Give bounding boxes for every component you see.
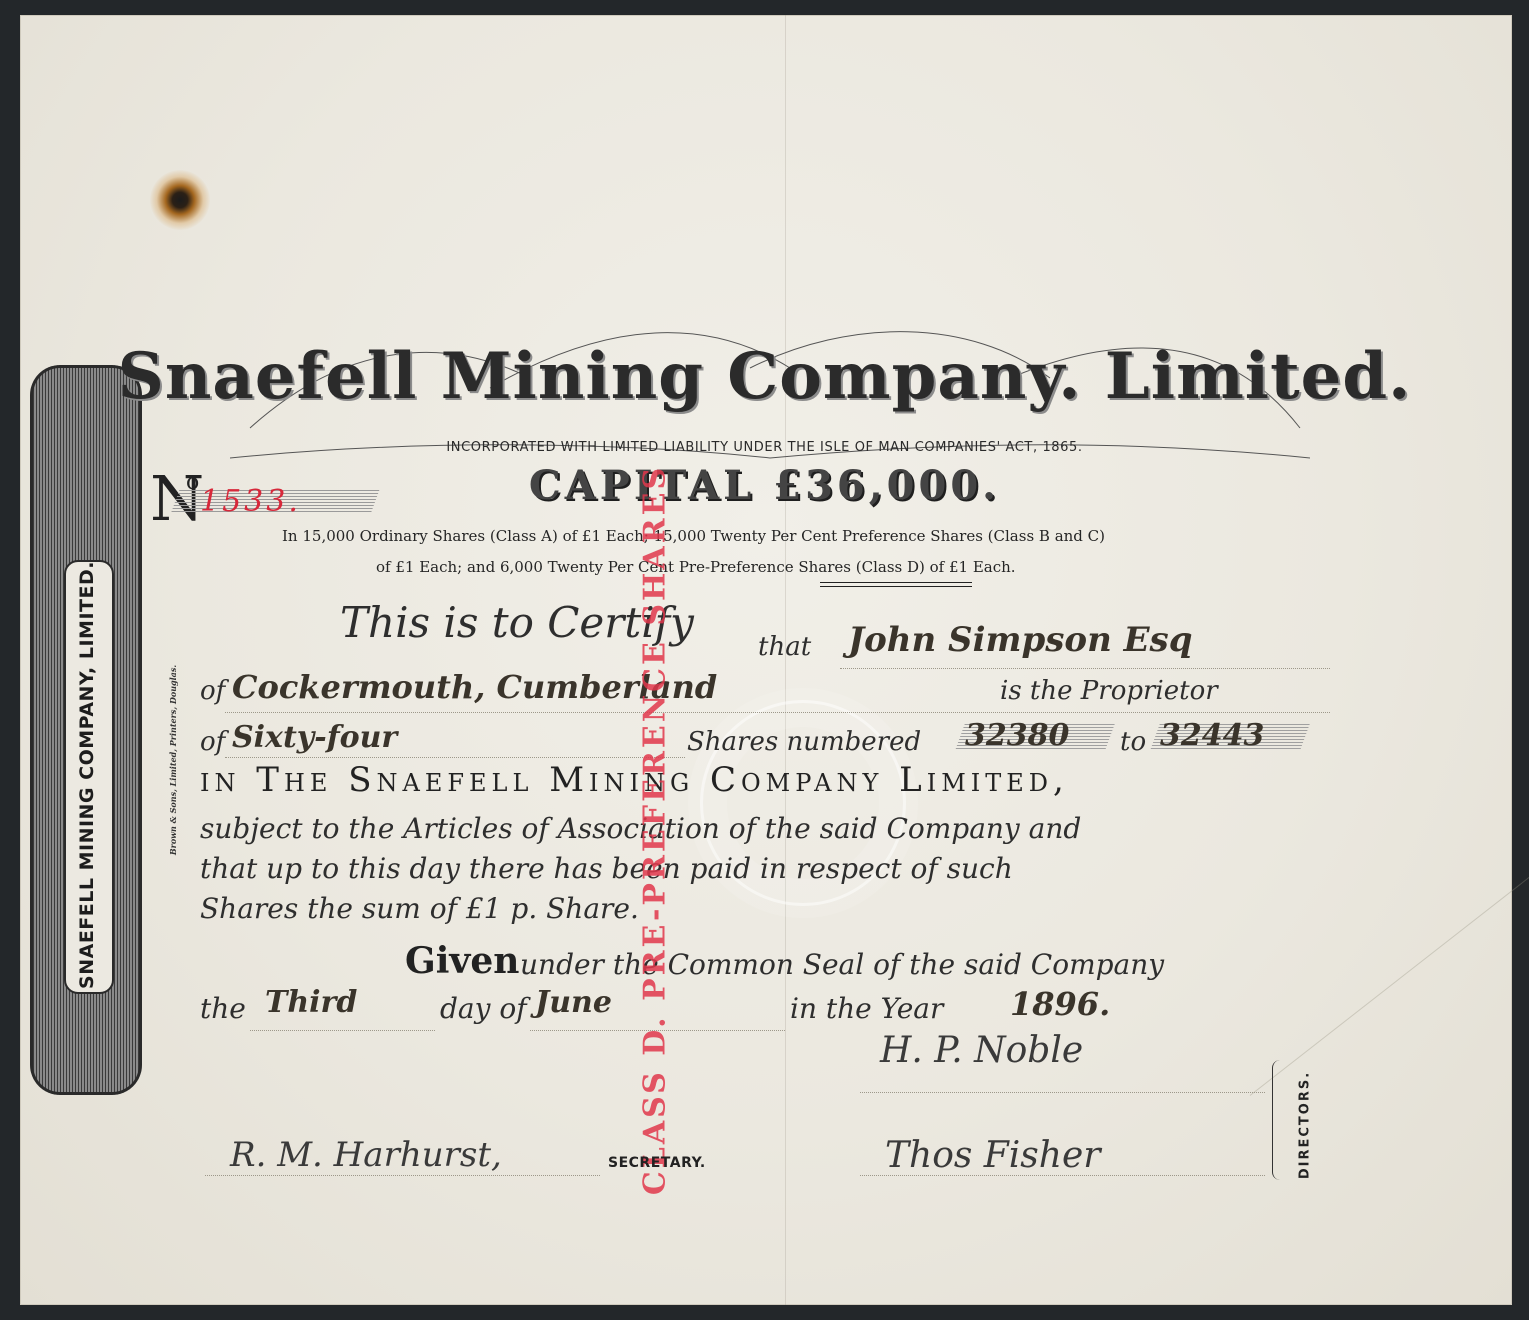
sum-text: Shares the sum of £1 p. Share. (200, 892, 639, 925)
of-text-1: of (200, 676, 225, 706)
of-text-2: of (200, 727, 225, 757)
paid-text: that up to this day there has been paid … (200, 852, 1013, 885)
incorporation-text: INCORPORATED WITH LIMITED LIABILITY UNDE… (0, 440, 1529, 455)
printer-imprint: Brown & Sons, Limited, Printers, Douglas… (168, 665, 178, 855)
holder-line (840, 668, 1330, 669)
director-line-2 (860, 1175, 1265, 1176)
director-line-1 (860, 1092, 1265, 1093)
quantity-line (225, 757, 685, 758)
director-signature-2: Thos Fisher (885, 1135, 1100, 1176)
company-name-line: in The Snaefell Mining Company Limited, (200, 760, 1330, 800)
to-text: to (1120, 727, 1146, 757)
company-title: Snaefell Mining Company. Limited. (0, 345, 1529, 409)
certificate-number: 1533. (200, 484, 301, 519)
double-underline (820, 582, 972, 587)
class-d-stamp: CLASS D. PRE-PREFERENCE SHARES (638, 465, 673, 1195)
day-line (250, 1030, 435, 1031)
shares-numbered-text: Shares numbered (687, 727, 921, 757)
issue-year: 1896. (1010, 985, 1110, 1023)
that-text: that (758, 632, 811, 662)
issue-month: June (535, 985, 612, 1020)
given-text: Given (405, 940, 519, 982)
counterfoil-company-name: SNAEFELL MINING COMPANY, LIMITED. (76, 561, 98, 989)
share-classes-line-2: of £1 Each; and 6,000 Twenty Per Cent Pr… (376, 558, 1176, 576)
share-number-to: 32443 (1160, 718, 1264, 753)
the-text: the (200, 992, 246, 1025)
holder-name: John Simpson Esq (848, 620, 1192, 660)
burn-mark (150, 170, 210, 230)
fold-crease (1250, 837, 1529, 1096)
proprietor-text: is the Proprietor (1000, 676, 1218, 706)
directors-brace (1272, 1060, 1285, 1180)
day-of-text: day of (440, 992, 527, 1025)
secretary-label: SECRETARY. (608, 1155, 706, 1171)
issue-day: Third (265, 985, 357, 1020)
in-the-year-text: in the Year (790, 992, 943, 1025)
share-quantity: Sixty-four (232, 720, 397, 755)
common-seal-text: under the Common Seal of the said Compan… (520, 948, 1164, 981)
directors-label: DIRECTORS. (1298, 1071, 1313, 1179)
director-signature-1: H. P. Noble (880, 1030, 1083, 1071)
secretary-line (205, 1175, 600, 1176)
residence-line (225, 712, 1330, 713)
share-classes-line-1: In 15,000 Ordinary Shares (Class A) of £… (282, 527, 1262, 545)
share-number-from: 32380 (965, 718, 1069, 753)
secretary-signature: R. M. Harhurst, (230, 1135, 502, 1175)
